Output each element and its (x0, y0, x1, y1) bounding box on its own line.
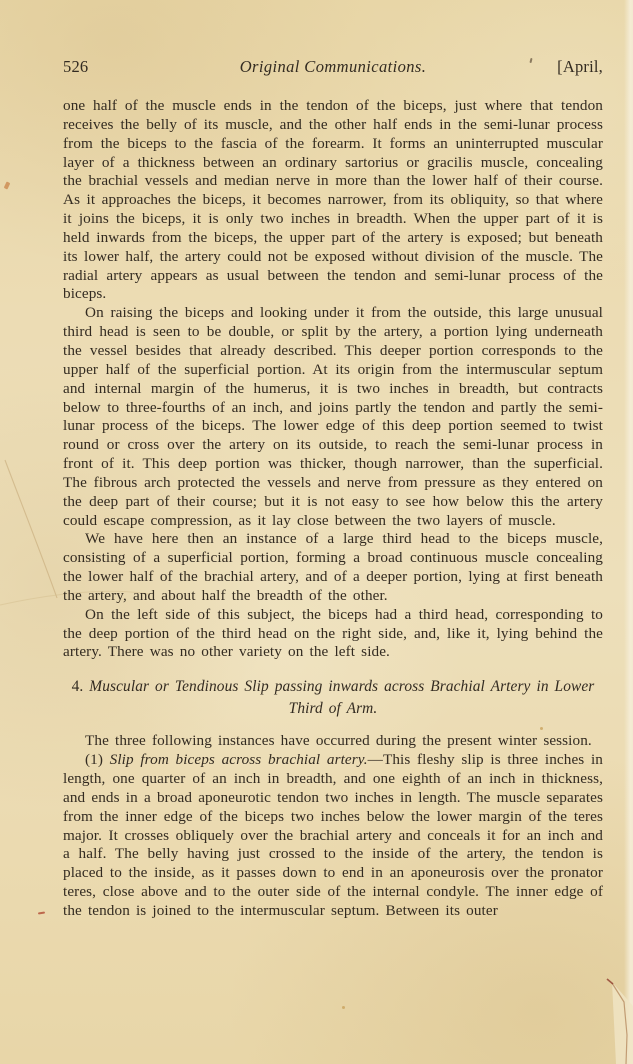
case-body: —This fleshy slip is three inches in len… (63, 751, 603, 919)
issue-date: [April, (513, 57, 603, 77)
running-title: Original Communications. (240, 57, 427, 77)
section-heading: 4. Muscular or Tendinous Slip passing in… (63, 676, 603, 719)
section-number: 4. (72, 678, 90, 695)
paragraph-summary: We have here then an instance of a large… (63, 530, 603, 605)
case-marker: (1) (85, 751, 110, 768)
paragraph-deep-portion: On raising the biceps and looking under … (63, 304, 603, 530)
paper-stain (4, 181, 11, 189)
section-title: Muscular or Tendinous Slip passing inwar… (89, 678, 594, 717)
paragraph-instances: The three following instances have occur… (63, 732, 603, 751)
paragraph-case-1: (1) Slip from biceps across brachial art… (63, 751, 603, 921)
paper-fleck (342, 1006, 345, 1009)
scanned-book-page: 526 Original Communications. [April, one… (0, 0, 633, 1064)
page-number: 526 (63, 57, 153, 77)
paragraph-left-side: On the left side of this subject, the bi… (63, 606, 603, 663)
page-header: 526 Original Communications. [April, (63, 57, 603, 77)
case-title: Slip from biceps across brachial artery. (110, 751, 368, 768)
paragraph-continuation: one half of the muscle ends in the tendo… (63, 97, 603, 304)
page-edge-highlight (624, 0, 633, 1064)
body-text: one half of the muscle ends in the tendo… (63, 97, 603, 921)
red-pencil-mark (38, 912, 45, 915)
page-content: 526 Original Communications. [April, one… (63, 57, 603, 921)
